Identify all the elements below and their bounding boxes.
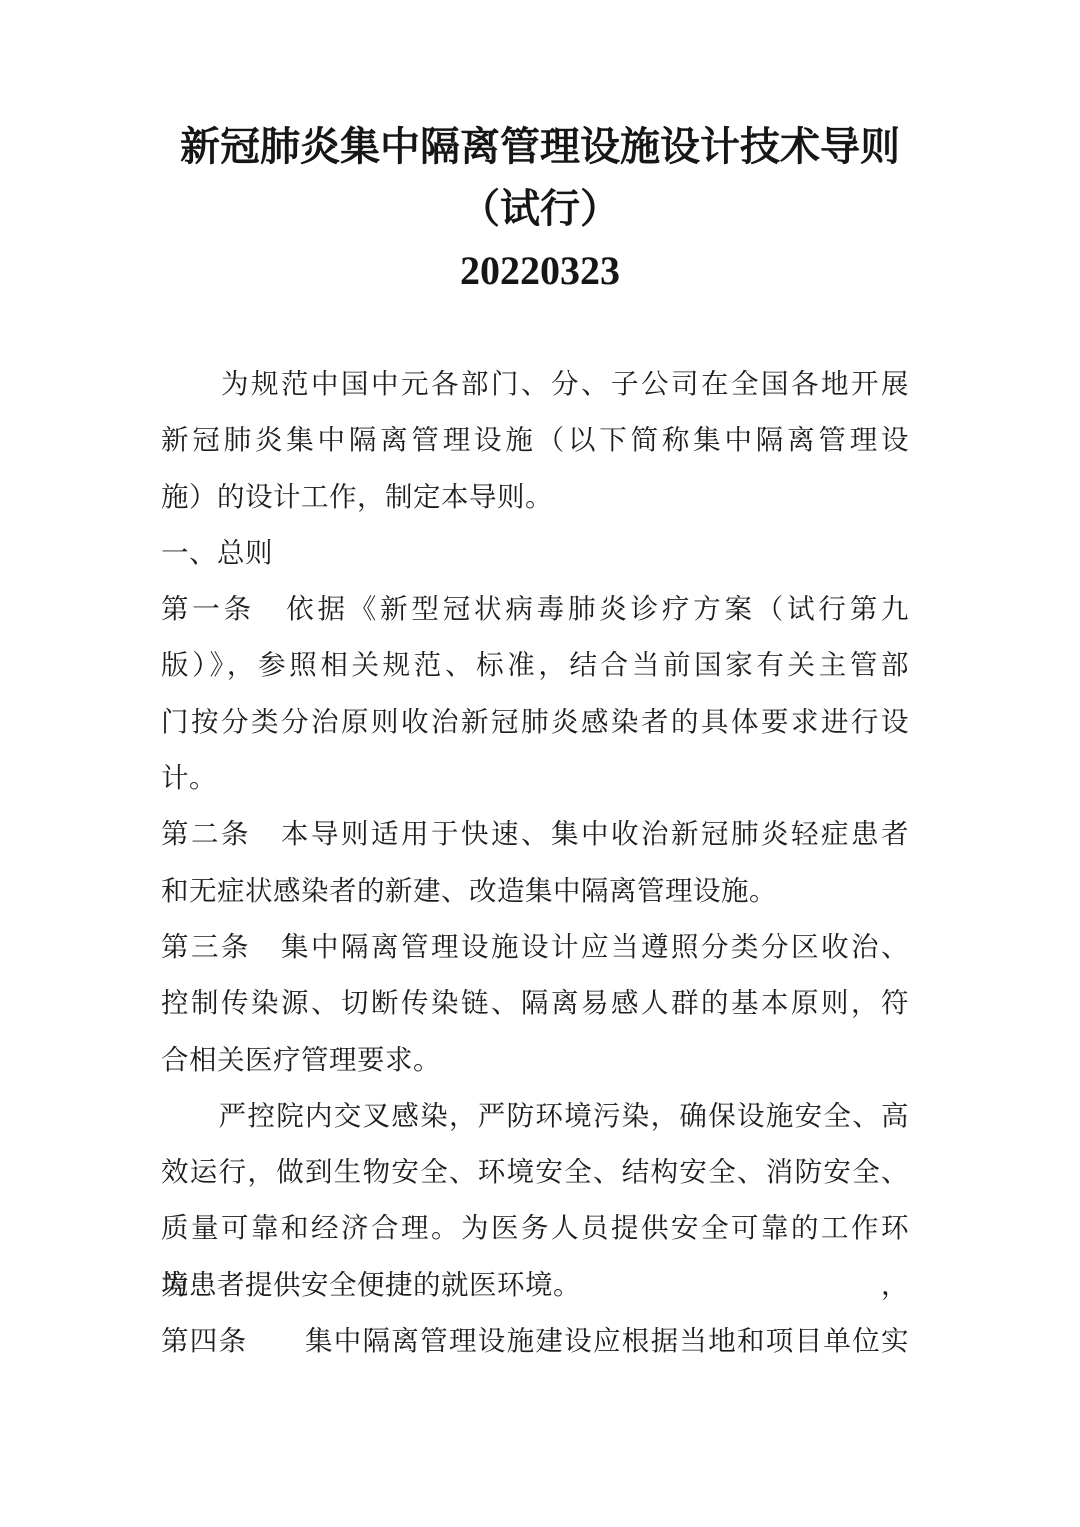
document-line: 计。: [161, 750, 909, 806]
document-line: 新冠肺炎集中隔离管理设施（以下简称集中隔离管理设: [161, 412, 909, 468]
document-line: 为规范中国中元各部门、分、子公司在全国各地开展: [161, 356, 909, 412]
document-line: 第二条 本导则适用于快速、集中收治新冠肺炎轻症患者: [161, 806, 909, 862]
document-page: 新冠肺炎集中隔离管理设施设计技术导则 （试行） 20220323 为规范中国中元…: [0, 0, 1080, 1527]
document-line: 第三条 集中隔离管理设施设计应当遵照分类分区收治、: [161, 919, 909, 975]
document-line: 门按分类分治原则收治新冠肺炎感染者的具体要求进行设: [161, 694, 909, 750]
document-subtitle: （试行）: [0, 178, 1080, 240]
document-body: 为规范中国中元各部门、分、子公司在全国各地开展新冠肺炎集中隔离管理设施（以下简称…: [161, 356, 909, 1369]
document-line: 版）》，参照相关规范、标准，结合当前国家有关主管部: [161, 637, 909, 693]
document-line: 质量可靠和经济合理。为医务人员提供安全可靠的工作环境，: [161, 1200, 909, 1256]
document-line: 严控院内交叉感染，严防环境污染，确保设施安全、高: [161, 1088, 909, 1144]
document-line: 合相关医疗管理要求。: [161, 1032, 909, 1088]
document-line: 一、总则: [161, 525, 909, 581]
document-title-block: 新冠肺炎集中隔离管理设施设计技术导则 （试行） 20220323: [0, 0, 1080, 302]
document-line: 效运行，做到生物安全、环境安全、结构安全、消防安全、: [161, 1144, 909, 1200]
document-date: 20220323: [0, 240, 1080, 302]
document-line: 第四条 集中隔离管理设施建设应根据当地和项目单位实: [161, 1313, 909, 1369]
document-line: 和无症状感染者的新建、改造集中隔离管理设施。: [161, 863, 909, 919]
document-line: 施）的设计工作，制定本导则。: [161, 469, 909, 525]
document-title: 新冠肺炎集中隔离管理设施设计技术导则: [0, 116, 1080, 178]
document-line: 控制传染源、切断传染链、隔离易感人群的基本原则，符: [161, 975, 909, 1031]
document-line: 第一条 依据《新型冠状病毒肺炎诊疗方案（试行第九: [161, 581, 909, 637]
